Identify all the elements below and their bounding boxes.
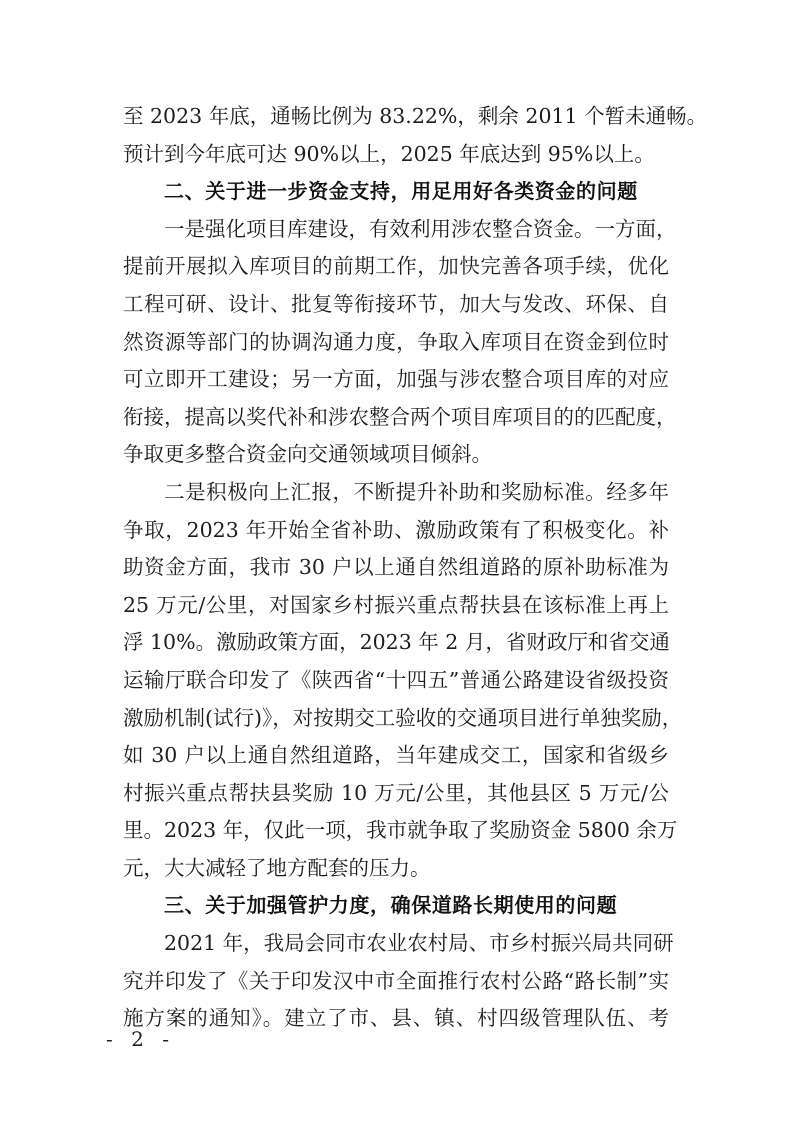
document-page: 至 2023 年底，通畅比例为 83.22%，剩余 2011 个暂未通畅。 预计… [0, 0, 793, 1122]
paragraph-line: 究并印发了《关于印发汉中市全面推行农村公路“路长制”实 [123, 963, 669, 1001]
paragraph-line: 25 万元/公里，对国家乡村振兴重点帮扶县在该标准上再上 [123, 587, 669, 625]
paragraph-line: 施方案的通知》。建立了市、县、镇、村四级管理队伍、考 [123, 1000, 669, 1038]
paragraph-line: 提前开展拟入库项目的前期工作，加快完善各项手续，优化 [123, 248, 669, 286]
paragraph-line: 元，大大减轻了地方配套的压力。 [123, 850, 669, 888]
paragraph-line: 工程可研、设计、批复等衔接环节，加大与发改、环保、自 [123, 286, 669, 324]
paragraph-line: 可立即开工建设；另一方面，加强与涉农整合项目库的对应 [123, 361, 669, 399]
paragraph-line: 然资源等部门的协调沟通力度，争取入库项目在资金到位时 [123, 324, 669, 362]
document-body: 至 2023 年底，通畅比例为 83.22%，剩余 2011 个暂未通畅。 预计… [123, 98, 669, 1038]
paragraph-line: 村振兴重点帮扶县奖励 10 万元/公里，其他县区 5 万元/公 [123, 775, 669, 813]
paragraph-line: 预计到今年底可达 90%以上，2025 年底达到 95%以上。 [123, 136, 669, 174]
paragraph-line: 一是强化项目库建设，有效利用涉农整合资金。一方面， [123, 211, 669, 249]
paragraph-line: 助资金方面，我市 30 户以上通自然组道路的原补助标准为 [123, 549, 669, 587]
page-number: - 2 - [106, 1027, 175, 1051]
section-heading-funding: 二、关于进一步资金支持，用足用好各类资金的问题 [123, 173, 669, 211]
paragraph-line: 2021 年，我局会同市农业农村局、市乡村振兴局共同研 [123, 925, 669, 963]
paragraph-line: 激励机制(试行)》，对按期交工验收的交通项目进行单独奖励， [123, 700, 669, 738]
paragraph-line: 争取更多整合资金向交通领域项目倾斜。 [123, 436, 669, 474]
paragraph-line: 至 2023 年底，通畅比例为 83.22%，剩余 2011 个暂未通畅。 [123, 98, 669, 136]
paragraph-line: 里。2023 年，仅此一项，我市就争取了奖励资金 5800 余万 [123, 812, 669, 850]
section-heading-maintenance: 三、关于加强管护力度，确保道路长期使用的问题 [123, 887, 669, 925]
paragraph-line: 争取，2023 年开始全省补助、激励政策有了积极变化。补 [123, 512, 669, 550]
paragraph-line: 二是积极向上汇报，不断提升补助和奖励标准。经多年 [123, 474, 669, 512]
paragraph-line: 运输厅联合印发了《陕西省“十四五”普通公路建设省级投资 [123, 662, 669, 700]
paragraph-line: 浮 10%。激励政策方面，2023 年 2 月，省财政厅和省交通 [123, 624, 669, 662]
paragraph-line: 如 30 户以上通自然组道路，当年建成交工，国家和省级乡 [123, 737, 669, 775]
paragraph-line: 衔接，提高以奖代补和涉农整合两个项目库项目的的匹配度， [123, 399, 669, 437]
